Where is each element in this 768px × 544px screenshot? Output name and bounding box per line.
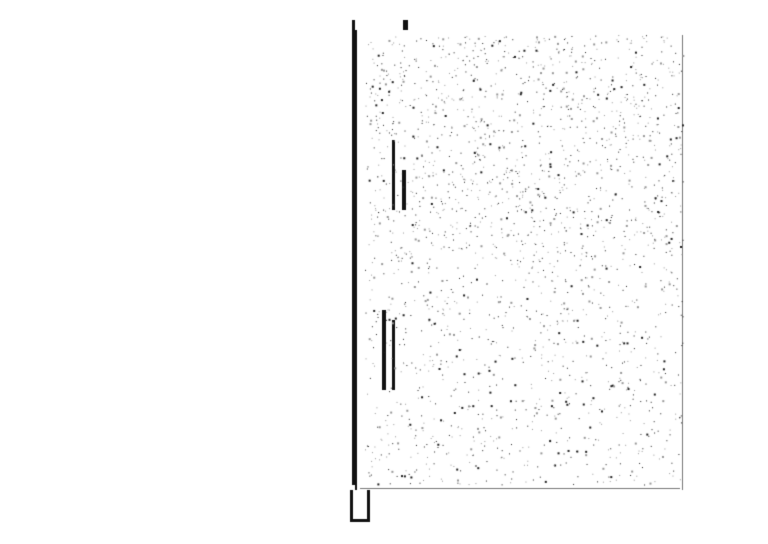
scan-image	[0, 0, 768, 544]
